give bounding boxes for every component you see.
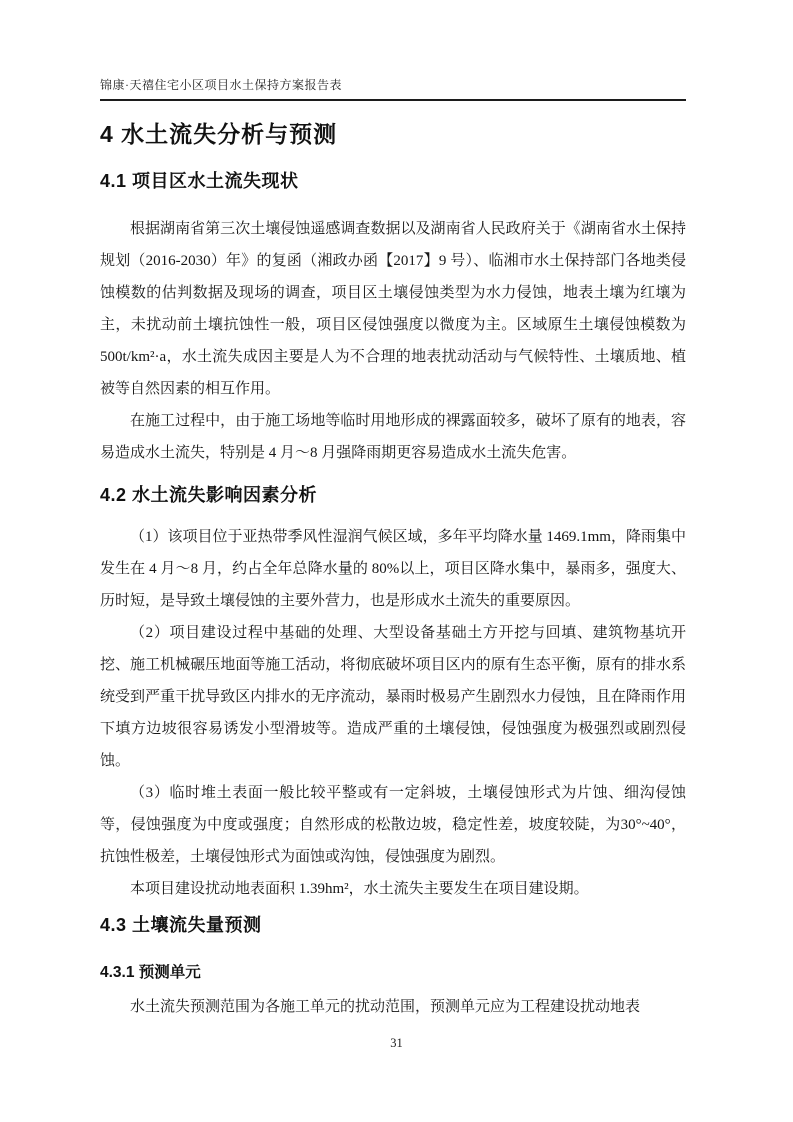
section-heading-4-1: 4.1 项目区水土流失现状 xyxy=(100,167,686,195)
paragraph-4-3-1-1: 水土流失预测范围为各施工单元的扰动范围，预测单元应为工程建设扰动地表 xyxy=(100,991,686,1023)
section-heading-4-2: 4.2 水土流失影响因素分析 xyxy=(100,481,686,509)
paragraph-4-2-1: （1）该项目位于亚热带季风性湿润气候区域，多年平均降水量 1469.1mm，降雨… xyxy=(100,521,686,617)
paragraph-4-2-2: （2）项目建设过程中基础的处理、大型设备基础土方开挖与回填、建筑物基坑开挖、施工… xyxy=(100,617,686,777)
chapter-title: 4 水土流失分析与预测 xyxy=(100,117,686,151)
page-header-title: 锦康·天禧住宅小区项目水土保持方案报告表 xyxy=(100,0,686,101)
page-number: 31 xyxy=(0,1036,793,1051)
section-heading-4-3: 4.3 土壤流失量预测 xyxy=(100,911,686,939)
document-page: 锦康·天禧住宅小区项目水土保持方案报告表 4 水土流失分析与预测 4.1 项目区… xyxy=(0,0,793,1122)
paragraph-4-2-4: 本项目建设扰动地表面积 1.39hm²，水土流失主要发生在项目建设期。 xyxy=(100,873,686,905)
page-content: 锦康·天禧住宅小区项目水土保持方案报告表 4 水土流失分析与预测 4.1 项目区… xyxy=(100,0,686,1023)
paragraph-4-1-2: 在施工过程中，由于施工场地等临时用地形成的裸露面较多，破坏了原有的地表，容易造成… xyxy=(100,405,686,469)
paragraph-4-1-1: 根据湖南省第三次土壤侵蚀遥感调查数据以及湖南省人民政府关于《湖南省水土保持规划（… xyxy=(100,213,686,405)
subsection-heading-4-3-1: 4.3.1 预测单元 xyxy=(100,961,686,985)
paragraph-4-2-3: （3）临时堆土表面一般比较平整或有一定斜坡，土壤侵蚀形式为片蚀、细沟侵蚀等，侵蚀… xyxy=(100,777,686,873)
